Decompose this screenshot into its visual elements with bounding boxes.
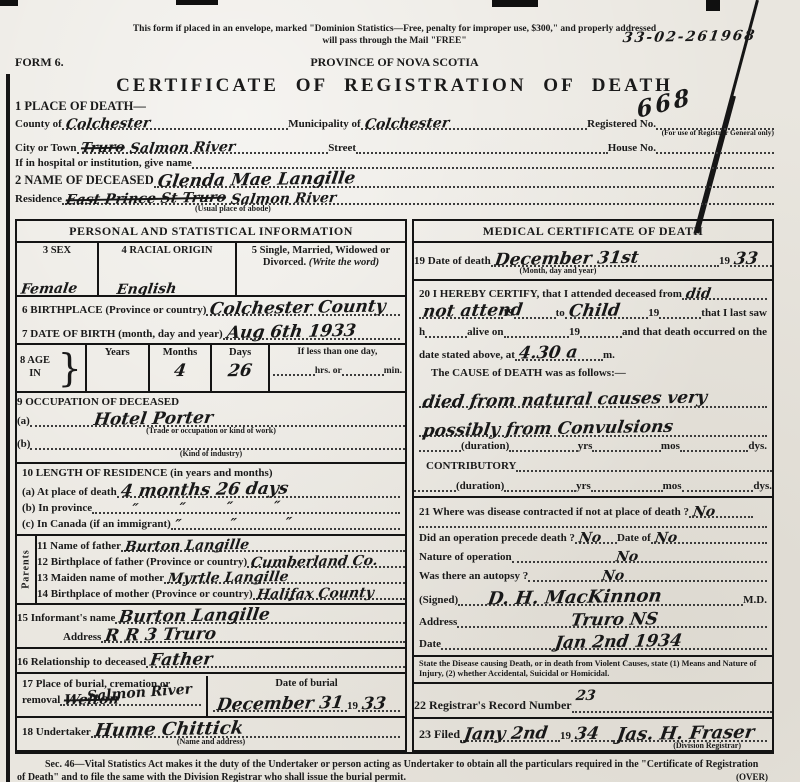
- scan-speck: [0, 0, 18, 6]
- mother-birthplace-field: Halifax County: [253, 587, 405, 600]
- age-years-cell: Years: [87, 345, 150, 391]
- residence-struck-handwriting: East Prince St Truro: [65, 190, 227, 207]
- contracted-label: 21 Where was disease contracted if not a…: [419, 506, 689, 518]
- parents-tab: Parents: [17, 536, 37, 603]
- operation-group: Did an operation precede death ? No Date…: [414, 531, 772, 650]
- certify-row3: h alive on 19 and that death occurred on…: [419, 326, 767, 338]
- age-table: 8 AGE IN } Years Months 4 Days 26: [17, 343, 405, 393]
- less-than-day-label: If less than one day,: [273, 347, 402, 358]
- certify-field2: not attend: [419, 303, 503, 319]
- c-duration-mos-field: [591, 490, 663, 492]
- father-birthplace-field: Cumberland Co.: [247, 555, 405, 568]
- age-days-handwriting: 26: [227, 363, 253, 380]
- c-duration-dys-field: [682, 490, 754, 492]
- duration-label: (duration): [461, 440, 509, 452]
- filed-year-field: 34: [571, 726, 613, 742]
- cause-handwriting2: possibly from Convulsions: [421, 419, 674, 440]
- filed-group: 23 Filed Jany 2nd 19 34 Jas. H. Fraser (…: [414, 725, 772, 750]
- mother-birthplace-label: 14 Birthplace of mother (Province or cou…: [37, 588, 253, 600]
- contributory-group: CONTRIBUTORY (duration) yrs mos dys.: [414, 460, 772, 498]
- undertaker-label: 18 Undertaker: [22, 726, 91, 738]
- op-date-label: Date of: [617, 532, 651, 544]
- burial-date-label: Date of burial: [213, 678, 400, 691]
- nature-field: No: [512, 550, 767, 563]
- occupation-b-label: (b): [17, 438, 30, 450]
- lor-c-field: ″ ″ ″: [171, 517, 400, 530]
- cause-of-death-group: The CAUSE of DEATH was as follows:— died…: [414, 367, 772, 452]
- mother-birthplace-row: 14 Birthplace of mother (Province or cou…: [37, 587, 405, 600]
- lor-heading-row: 10 LENGTH OF RESIDENCE (in years and mon…: [22, 467, 400, 479]
- relationship-group: 16 Relationship to deceased Father: [17, 652, 405, 674]
- stated-label: date stated above, at: [419, 349, 515, 361]
- sex-label: 3 SEX: [21, 245, 93, 258]
- marital-label-line1: 5 Single, Married, Widowed or: [241, 245, 401, 258]
- record-number-group: 22 Registrar's Record Number 23: [414, 689, 772, 719]
- racial-origin-handwriting: English: [116, 281, 232, 297]
- certificate-title: CERTIFICATE OF REGISTRATION OF DEATH: [15, 75, 774, 97]
- municipality-field: Colchester: [361, 117, 587, 130]
- over-label: (OVER): [736, 772, 768, 782]
- lor-a-row: (a) At place of death 4 months 26 days: [22, 482, 400, 498]
- mother-name-handwriting: Myrtle Langille: [167, 570, 290, 586]
- filed-date-field: Jany 2nd: [460, 726, 560, 742]
- lor-heading: 10 LENGTH OF RESIDENCE (in years and mon…: [22, 467, 273, 479]
- parents-group: Parents 11 Name of father Burton Langill…: [17, 534, 405, 605]
- dod-year-handwriting: 33: [733, 251, 759, 268]
- yrs-label: yrs: [578, 440, 593, 452]
- cause-line1: died from natural causes very: [419, 382, 767, 408]
- house-no-label: House No.: [608, 142, 656, 154]
- filed-date-handwriting: Jany 2nd: [463, 726, 549, 744]
- operation-field: No: [575, 531, 617, 544]
- residence-label: Residence: [15, 193, 62, 205]
- op-date-field: No: [651, 531, 767, 544]
- burial-struck-handwriting: Welton: [63, 692, 120, 707]
- street-label: Street: [328, 142, 356, 154]
- parents-label: Parents: [21, 549, 32, 589]
- certify-row1: 20 I HEREBY CERTIFY, that I attended dec…: [419, 287, 767, 300]
- parents-fields: 11 Name of father Burton Langille 12 Bir…: [37, 536, 405, 603]
- house-no-field: [656, 152, 774, 154]
- c-duration-yrs-field: [504, 490, 576, 492]
- father-name-field: Burton Langille: [121, 539, 405, 552]
- informant-address-row: Address R R 3 Truro: [17, 627, 405, 643]
- autopsy-field: No: [528, 569, 767, 582]
- undertaker-group: 18 Undertaker Hume Chittick (Name and ad…: [17, 721, 405, 746]
- informant-address-field: R R 3 Truro: [101, 627, 405, 643]
- racial-origin-label: 4 RACIAL ORIGIN: [103, 245, 231, 258]
- contracted-field: No: [689, 505, 753, 518]
- hospital-field: [192, 167, 774, 169]
- father-birthplace-handwriting: Cumberland Co.: [250, 554, 379, 570]
- certificate-date-label: Date: [419, 638, 441, 650]
- dod-year-prefix: 19: [719, 255, 730, 267]
- burial-year-prefix: 19: [347, 700, 358, 712]
- c-dys-label: dys.: [753, 480, 772, 492]
- father-birthplace-row: 12 Birthplace of father (Province or cou…: [37, 555, 405, 568]
- residence-field: East Prince St Truro Salmon River: [62, 191, 774, 205]
- occupation-heading: 9 OCCUPATION OF DECEASED: [17, 396, 179, 408]
- medical-certificate-section: MEDICAL CERTIFICATE OF DEATH 19 Date of …: [412, 219, 774, 753]
- date-of-death-handwriting: December 31st: [493, 250, 639, 269]
- burial-date-field: December 31: [213, 696, 347, 712]
- certify-to-label: to: [556, 307, 565, 319]
- nature-label: Nature of operation: [419, 551, 512, 563]
- violent-causes-note: State the Disease causing Death, or in d…: [414, 655, 772, 685]
- city-handwriting: Salmon River: [129, 140, 236, 156]
- contributory-field: [516, 470, 772, 472]
- hospital-label: If in hospital or institution, give name: [15, 157, 192, 169]
- residence-row: Residence East Prince St Truro Salmon Ri…: [15, 191, 774, 205]
- relationship-handwriting: Father: [149, 651, 214, 669]
- certificate-date-row: Date Jan 2nd 1934: [419, 634, 767, 650]
- cause-handwriting1: died from natural causes very: [421, 389, 708, 411]
- certify-from-field: did: [682, 287, 767, 300]
- age-years-label: Years: [90, 347, 145, 360]
- occupation-group: 9 OCCUPATION OF DECEASED (a) Hotel Porte…: [17, 396, 405, 464]
- c-mos-label: mos: [663, 480, 682, 492]
- father-name-label: 11 Name of father: [37, 540, 121, 552]
- mother-birthplace-handwriting: Halifax County: [256, 586, 375, 602]
- mother-name-row: 13 Maiden name of mother Myrtle Langille: [37, 571, 405, 584]
- city-field: Truro Salmon River: [77, 140, 329, 154]
- burial-place-label2: removal: [22, 694, 60, 706]
- county-field: Colchester: [62, 117, 288, 130]
- c-duration-label: (duration): [456, 480, 504, 492]
- medical-section-title: MEDICAL CERTIFICATE OF DEATH: [414, 221, 772, 243]
- relationship-row: 16 Relationship to deceased Father: [17, 652, 405, 668]
- contributory-label: CONTRIBUTORY: [426, 460, 516, 472]
- date-of-death-group: 19 Date of death December 31st 19 33 (Mo…: [414, 251, 772, 281]
- last-saw-label: that I last saw: [701, 307, 767, 319]
- lor-b-field: ″ ″ ″ ″: [92, 501, 400, 514]
- hrs-label: hrs. or: [315, 366, 342, 376]
- occupation-a-field: Hotel Porter: [30, 411, 405, 427]
- age-less-than-day-cell: If less than one day, hrs. or min.: [270, 345, 405, 391]
- personal-statistical-section: PERSONAL AND STATISTICAL INFORMATION 3 S…: [15, 219, 407, 753]
- brace-glyph: }: [58, 353, 82, 383]
- age-days-cell: Days 26: [212, 345, 269, 391]
- m-label: m.: [603, 349, 615, 361]
- lor-a-field: 4 months 26 days: [117, 482, 400, 498]
- nature-row: Nature of operation No: [419, 550, 767, 563]
- burial-date-handwriting: December 31: [216, 695, 345, 714]
- undertaker-row: 18 Undertaker Hume Chittick: [22, 721, 400, 738]
- informant-address-handwriting: R R 3 Truro: [104, 626, 218, 645]
- physician-signature-handwriting: D. H. MacKinnon: [487, 587, 663, 608]
- county-handwriting: Colchester: [65, 116, 151, 131]
- physician-address-field: Truro NS: [457, 612, 767, 628]
- record-number-field: 23: [572, 689, 772, 713]
- record-number-label: 22 Registrar's Record Number: [414, 698, 572, 713]
- marital-label-line2: Divorced. (Write the word): [241, 257, 401, 270]
- cause-field1: died from natural causes very: [419, 392, 767, 408]
- certify-year-prefix2: 19: [648, 307, 659, 319]
- registered-no-label: Registered No.: [587, 118, 656, 130]
- lor-b-row: (b) In province ″ ″ ″ ″: [22, 501, 400, 514]
- dys-label: dys.: [748, 440, 767, 452]
- residence-handwriting: Salmon River: [230, 191, 337, 207]
- autopsy-handwriting: No: [601, 569, 625, 583]
- deceased-name-handwriting: Glenda Mae Langille: [156, 170, 356, 190]
- hrs-min-row: hrs. or min.: [273, 366, 402, 376]
- physician-address-handwriting: Truro NS: [570, 611, 659, 630]
- c-yrs-label: yrs: [576, 480, 591, 492]
- municipality-label: Municipality of: [288, 118, 360, 130]
- op-date-handwriting: No: [654, 531, 678, 545]
- burial-removal-row: removal Welton: [22, 693, 201, 706]
- lor-a-label: (a) At place of death: [22, 486, 117, 498]
- two-column-body: PERSONAL AND STATISTICAL INFORMATION 3 S…: [15, 219, 774, 753]
- min-label: min.: [384, 366, 402, 376]
- age-in-cell: 8 AGE IN }: [17, 345, 87, 391]
- place-of-death-heading: 1 PLACE OF DEATH—: [15, 99, 774, 114]
- contributory-duration-row: (duration) yrs mos dys.: [414, 480, 772, 492]
- contracted-handwriting: No: [692, 505, 716, 519]
- lor-a-handwriting: 4 months 26 days: [119, 480, 289, 500]
- county-row: County of Colchester Municipality of Col…: [15, 117, 774, 130]
- time-field: 4.30 a: [515, 345, 603, 361]
- alive-year-field: [580, 336, 622, 338]
- informant-name-label: 15 Informant's name: [17, 612, 115, 624]
- mother-name-label: 13 Maiden name of mother: [37, 572, 164, 584]
- lor-c-label: (c) In Canada (if an immigrant): [22, 518, 171, 530]
- contracted-row: 21 Where was disease contracted if not a…: [419, 505, 767, 518]
- certify-to-field: Child: [565, 303, 649, 319]
- sex-cell: 3 SEX Female: [17, 243, 99, 295]
- duration-yrs-field: [509, 450, 577, 452]
- date-of-death-row: 19 Date of death December 31st 19 33: [414, 251, 772, 267]
- lor-b-ditto-handwriting: ″ ″ ″ ″: [131, 499, 299, 516]
- death-certificate-scan: 668 This form if placed in an envelope, …: [0, 0, 800, 782]
- deceased-name-row: 2 NAME OF DECEASED Glenda Mae Langille: [15, 172, 774, 188]
- birthplace-label: 6 BIRTHPLACE (Province or country): [22, 304, 206, 316]
- min-field: [342, 374, 384, 376]
- age-in-label: 8 AGE IN: [20, 355, 50, 380]
- operation-label: Did an operation precede death ?: [419, 532, 575, 544]
- cause-duration-row: (duration) yrs mos dys.: [419, 440, 767, 452]
- scan-edge-bar: [6, 74, 10, 782]
- file-number-handwriting: 33-02-261968: [622, 29, 757, 45]
- relationship-label: 16 Relationship to deceased: [17, 656, 146, 668]
- filed-row: 23 Filed Jany 2nd 19 34 Jas. H. Fraser: [419, 725, 767, 742]
- certify-hw-child: Child: [567, 302, 620, 320]
- personal-section-title: PERSONAL AND STATISTICAL INFORMATION: [17, 221, 405, 243]
- autopsy-row: Was there an autopsy ? No: [419, 569, 767, 582]
- age-days-label: Days: [215, 347, 264, 360]
- signed-row: (Signed) D. H. MacKinnon M.D.: [419, 589, 767, 606]
- h-field: [425, 336, 467, 338]
- filed-year-prefix: 19: [560, 730, 571, 742]
- burial-date-cell: Date of burial December 31 19 33: [208, 676, 405, 717]
- certify-year-field2: [659, 317, 701, 319]
- alive-on-label: alive on: [467, 326, 503, 338]
- occupation-a-handwriting: Hotel Porter: [92, 410, 213, 429]
- birthplace-field: Colchester County: [206, 300, 400, 316]
- county-label: County of: [15, 118, 62, 130]
- burial-year-field: 33: [358, 696, 400, 712]
- lor-b-label: (b) In province: [22, 502, 92, 514]
- cause-heading: The CAUSE of DEATH was as follows:—: [431, 367, 626, 379]
- occupation-heading-row: 9 OCCUPATION OF DECEASED: [17, 396, 405, 408]
- certify-label: 20 I HEREBY CERTIFY, that I attended dec…: [419, 288, 682, 300]
- certificate-date-field: Jan 2nd 1934: [441, 634, 767, 650]
- burial-place-cell: 17 Place of burial, cremation or Salmon …: [17, 676, 208, 717]
- sec46-text: Sec. 46—Vital Statistics Act makes it th…: [17, 758, 770, 782]
- certify-row4: date stated above, at 4.30 a m.: [419, 345, 767, 361]
- operation-handwriting: No: [578, 531, 602, 545]
- contributory-row: CONTRIBUTORY: [414, 460, 772, 472]
- date-of-death-label: 19 Date of death: [414, 255, 491, 267]
- occupation-b-field: [30, 448, 405, 450]
- scan-speck: [706, 0, 720, 11]
- cause-field2: possibly from Convulsions: [419, 421, 767, 437]
- burial-date-row: December 31 19 33: [213, 696, 400, 712]
- filed-label: 23 Filed: [419, 727, 460, 742]
- father-name-row: 11 Name of father Burton Langille: [37, 539, 405, 552]
- signed-field: D. H. MacKinnon: [458, 589, 743, 606]
- sex-racial-marital-row: 3 SEX Female 4 RACIAL ORIGIN English 5 S…: [17, 243, 405, 297]
- form-header-row: FORM 6. PROVINCE OF NOVA SCOTIA 33-02-26…: [15, 52, 774, 70]
- occupation-a-row: (a) Hotel Porter: [17, 411, 405, 427]
- cause-line2: possibly from Convulsions: [419, 411, 767, 437]
- date-of-death-field: December 31st: [491, 251, 719, 267]
- occupation-b-note: (Kind of industry): [17, 449, 405, 458]
- hrs-field: [273, 374, 315, 376]
- scan-speck: [176, 0, 218, 5]
- certify-hw-did: did: [685, 287, 712, 301]
- age-months-label: Months: [153, 347, 208, 360]
- occurred-label: and that death occurred on the: [622, 326, 767, 338]
- dob-handwriting: Aug 6th 1933: [225, 323, 356, 342]
- undertaker-field: Hume Chittick: [91, 721, 400, 738]
- nature-handwriting: No: [615, 550, 639, 564]
- signed-label: (Signed): [419, 594, 458, 606]
- birthplace-handwriting: Colchester County: [209, 298, 387, 318]
- record-number-handwriting: 23: [575, 689, 597, 703]
- burial-year-handwriting: 33: [361, 696, 387, 713]
- burial-place-field: Welton: [60, 693, 201, 706]
- time-handwriting: 4.30 a: [518, 344, 579, 362]
- occupation-a-label: (a): [17, 415, 30, 427]
- marital-status-cell: 5 Single, Married, Widowed or Divorced. …: [237, 243, 405, 295]
- operation-row: Did an operation precede death ? No Date…: [419, 531, 767, 544]
- informant-address-label: Address: [63, 631, 101, 643]
- certify-group: 20 I HEREBY CERTIFY, that I attended dec…: [414, 287, 772, 361]
- deceased-name-label: 2 NAME OF DECEASED: [15, 173, 154, 188]
- city-label: City or Town: [15, 142, 77, 154]
- father-name-handwriting: Burton Langille: [124, 538, 250, 554]
- duration-lead-field: [419, 450, 461, 452]
- alive-on-field: [504, 336, 570, 338]
- hospital-row: If in hospital or institution, give name: [15, 157, 774, 169]
- burial-group: 17 Place of burial, cremation or Salmon …: [17, 676, 405, 719]
- c-duration-lead-field: [414, 490, 456, 492]
- racial-origin-cell: 4 RACIAL ORIGIN English: [99, 243, 237, 295]
- cause-heading-row: The CAUSE of DEATH was as follows:—: [419, 367, 767, 379]
- informant-name-row: 15 Informant's name Burton Langille: [17, 608, 405, 624]
- dob-field: Aug 6th 1933: [223, 324, 400, 340]
- age-months-cell: Months 4: [150, 345, 213, 391]
- autopsy-label: Was there an autopsy ?: [419, 570, 528, 582]
- lor-c-ditto-handwriting: ″ ″ ″: [174, 516, 315, 532]
- mother-name-field: Myrtle Langille: [164, 571, 405, 584]
- city-struck-handwriting: Truro: [80, 140, 126, 155]
- duration-dys-field: [680, 450, 748, 452]
- informant-name-handwriting: Burton Langille: [118, 606, 271, 626]
- lor-c-row: (c) In Canada (if an immigrant) ″ ″ ″: [22, 517, 400, 530]
- occupation-b-row: (b): [17, 438, 405, 450]
- physician-address-label: Address: [419, 616, 457, 628]
- marital-divorced: Divorced.: [263, 257, 306, 268]
- age-months-handwriting: 4: [173, 363, 187, 380]
- filed-year-handwriting: 34: [574, 726, 600, 743]
- registrar-signature-handwriting: Jas. H. Fraser: [616, 724, 756, 744]
- birthplace-row: 6 BIRTHPLACE (Province or country) Colch…: [22, 300, 400, 316]
- relationship-field: Father: [146, 652, 405, 668]
- md-label: M.D.: [743, 594, 767, 606]
- dashed-separator: [419, 526, 767, 528]
- duration-mos-field: [592, 450, 660, 452]
- marital-note: (Write the word): [309, 257, 379, 268]
- certify-row2: not attend 19 to Child 19 that I last sa…: [419, 303, 767, 319]
- length-of-residence-group: 10 LENGTH OF RESIDENCE (in years and mon…: [17, 467, 405, 530]
- registrar-signature-field: Jas. H. Fraser: [613, 725, 767, 742]
- street-field: [356, 152, 608, 154]
- certificate-date-handwriting: Jan 2nd 1934: [554, 633, 683, 652]
- sec46-footer: Sec. 46—Vital Statistics Act makes it th…: [15, 752, 774, 782]
- province-title: PROVINCE OF NOVA SCOTIA: [15, 55, 774, 70]
- mos-label: mos: [661, 440, 680, 452]
- deceased-name-field: Glenda Mae Langille: [154, 172, 774, 188]
- municipality-handwriting: Colchester: [364, 116, 450, 131]
- city-row: City or Town Truro Salmon River Street H…: [15, 140, 774, 154]
- certify-hw-not-attend: not attend: [422, 302, 524, 321]
- alive-year-prefix: 19: [569, 326, 580, 338]
- undertaker-signature-handwriting: Hume Chittick: [93, 720, 244, 741]
- dod-year-field: 33: [730, 251, 772, 267]
- informant-name-field: Burton Langille: [115, 608, 405, 624]
- record-number-row: 22 Registrar's Record Number 23: [414, 689, 772, 713]
- sex-handwriting: Female: [20, 281, 94, 296]
- registered-no-field: [656, 128, 774, 130]
- dob-row: 7 DATE OF BIRTH (month, day and year) Au…: [22, 324, 400, 340]
- physician-address-row: Address Truro NS: [419, 612, 767, 628]
- informant-group: 15 Informant's name Burton Langille Addr…: [17, 608, 405, 649]
- dob-label: 7 DATE OF BIRTH (month, day and year): [22, 328, 223, 340]
- contracted-group: 21 Where was disease contracted if not a…: [414, 505, 772, 518]
- father-birthplace-label: 12 Birthplace of father (Province or cou…: [37, 556, 247, 568]
- scan-speck: [492, 0, 538, 7]
- certify-year-field1: [514, 317, 556, 319]
